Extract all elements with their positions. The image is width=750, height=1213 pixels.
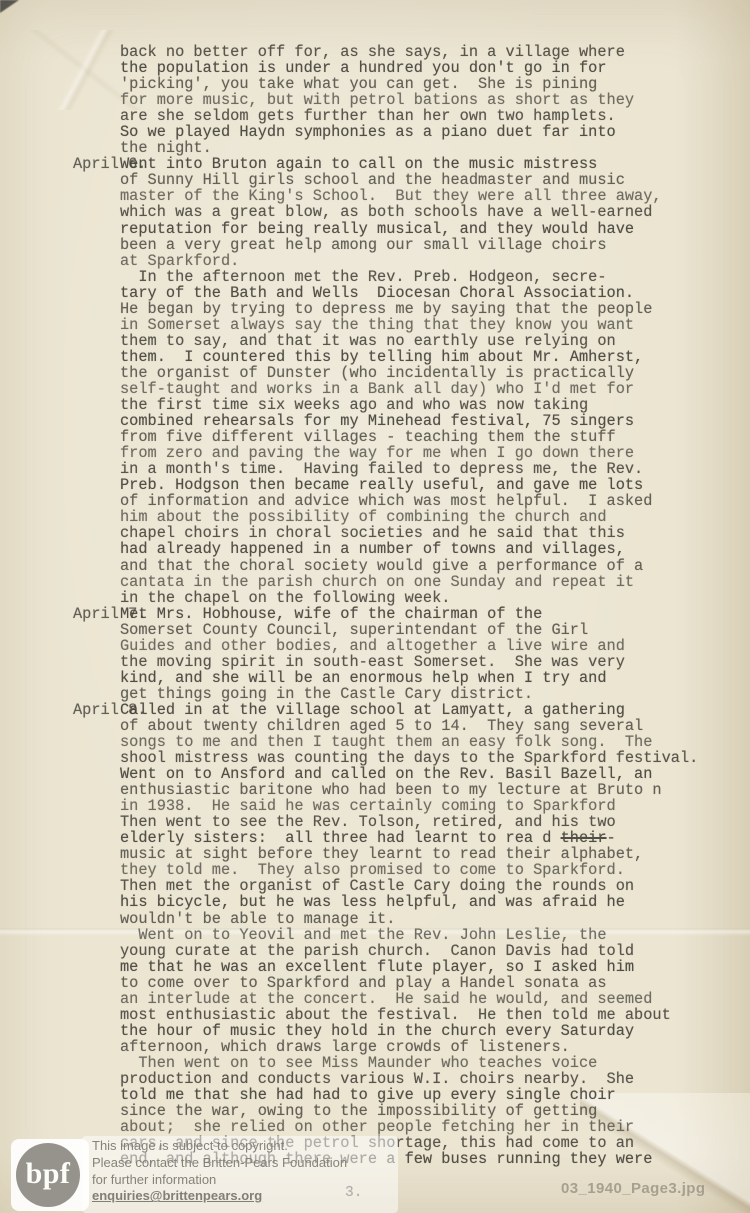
text-line: Went on to Yeovil and met the Rev. John … xyxy=(120,927,741,943)
text-line: reputation for being really musical, and… xyxy=(120,221,741,237)
bpf-logo: bpf xyxy=(11,1139,89,1211)
text-line: from zero and paving the way for me when… xyxy=(120,445,741,461)
text-line: Then went on to see Miss Maunder who tea… xyxy=(120,1055,741,1071)
text-line: Went on to Ansford and called on the Rev… xyxy=(120,766,741,782)
text-line: chapel choirs in choral societies and he… xyxy=(120,525,741,541)
text-line: told me that she had had to give up ever… xyxy=(120,1087,741,1103)
text-line: the moving spirit in south-east Somerset… xyxy=(120,654,741,670)
text-line: me that he was an excellent flute player… xyxy=(120,959,741,975)
text-line: in the chapel on the following week. xyxy=(120,590,741,606)
watermark-email: enquiries@brittenpears.org xyxy=(92,1188,347,1205)
page-corner-shadow xyxy=(0,0,19,13)
text-line: Then met the organist of Castle Cary doi… xyxy=(120,878,741,894)
text-line: him about the possibility of combining t… xyxy=(120,509,741,525)
text-line: cantata in the parish church on one Sund… xyxy=(120,574,741,590)
watermark-text: This image is subject to copyright. Plea… xyxy=(92,1138,347,1205)
bpf-logo-text: bpf xyxy=(26,1159,71,1192)
text-line: Guides and other bodies, and altogether … xyxy=(120,638,741,654)
text-line: self-taught and works in a Bank all day)… xyxy=(120,381,741,397)
text-line: them. I countered this by telling him ab… xyxy=(120,349,741,365)
text-line: Went into Bruton again to call on the mu… xyxy=(120,156,741,172)
text-line: of information and advice which was most… xyxy=(120,493,741,509)
text-line: In the afternoon met the Rev. Preb. Hodg… xyxy=(120,269,741,285)
text-line: at Sparkford. xyxy=(120,253,741,269)
text-line: an interlude at the concert. He said he … xyxy=(120,991,741,1007)
text-line: tary of the Bath and Wells Diocesan Chor… xyxy=(120,285,741,301)
scanned-document-page: back no better off for, as she says, in … xyxy=(0,0,750,1213)
text-line: the night. xyxy=(120,140,741,156)
text-line: in a month's time. Having failed to depr… xyxy=(120,461,741,477)
text-line: He began by trying to depress me by sayi… xyxy=(120,301,741,317)
text-line: get things going in the Castle Cary dist… xyxy=(120,686,741,702)
watermark-line: This image is subject to copyright. xyxy=(92,1138,347,1155)
text-line: Somerset County Council, superintendant … xyxy=(120,622,741,638)
text-line: are she seldom gets further than her own… xyxy=(120,108,741,124)
text-line: young curate at the parish church. Canon… xyxy=(120,943,741,959)
text-line: enthusiastic baritone who had been to my… xyxy=(120,782,741,798)
text-line: for more music, but with petrol bations … xyxy=(120,92,741,108)
text-line: had already happened in a number of town… xyxy=(120,541,741,557)
scan-filename-stamp: 03_1940_Page3.jpg xyxy=(561,1180,705,1197)
text-line: songs to me and then I taught them an ea… xyxy=(120,734,741,750)
text-line: the hour of music they hold in the churc… xyxy=(120,1023,741,1039)
diary-entry-april-7: April 7.Met Mrs. Hobhouse, wife of the c… xyxy=(73,606,741,702)
diary-entry-april-8: April 8.Called in at the village school … xyxy=(73,702,741,1167)
diary-entry-april-6: April 6.Went into Bruton again to call o… xyxy=(73,156,741,605)
text-line: shool mistress was counting the days to … xyxy=(120,750,741,766)
text-line: the first time six weeks ago and who was… xyxy=(120,397,741,413)
text-line: Then went to see the Rev. Tolson, retire… xyxy=(120,814,741,830)
text-line: from five different villages - teaching … xyxy=(120,429,741,445)
text-line: back no better off for, as she says, in … xyxy=(120,44,741,60)
text-line: afternoon, which draws large crowds of l… xyxy=(120,1039,741,1055)
text-line: since the war, owing to the impossibilit… xyxy=(120,1103,741,1119)
typewritten-text: back no better off for, as she says, in … xyxy=(73,44,741,1167)
text-line: So we played Haydn symphonies as a piano… xyxy=(120,124,741,140)
text-line: kind, and she will be an enormous help w… xyxy=(120,670,741,686)
diary-entry-continued: back no better off for, as she says, in … xyxy=(73,44,741,156)
text-line: in Somerset always say the thing that th… xyxy=(120,317,741,333)
text-line: them to say, and that it was no earthly … xyxy=(120,333,741,349)
text-line: Called in at the village school at Lamya… xyxy=(120,702,741,718)
text-line: of Sunny Hill girls school and the headm… xyxy=(120,172,741,188)
copyright-watermark: bpf This image is subject to copyright. … xyxy=(0,1132,420,1213)
text-line: they told me. They also promised to come… xyxy=(120,862,741,878)
bpf-logo-circle-icon: bpf xyxy=(16,1143,80,1207)
text-line: in 1938. He said he was certainly coming… xyxy=(120,798,741,814)
watermark-line: for further information xyxy=(92,1172,347,1189)
text-line: elderly sisters: all three had learnt to… xyxy=(120,830,741,846)
text-line: music at sight before they learnt to rea… xyxy=(120,846,741,862)
text-line: been a very great help among our small v… xyxy=(120,237,741,253)
text-line: master of the King's School. But they we… xyxy=(120,188,741,204)
text-line: the organist of Dunster (who incidentall… xyxy=(120,365,741,381)
text-line: of about twenty children aged 5 to 14. T… xyxy=(120,718,741,734)
text-line: to come over to Sparkford and play a Han… xyxy=(120,975,741,991)
text-line: Preb. Hodgson then became really useful,… xyxy=(120,477,741,493)
text-line: wouldn't be able to manage it. xyxy=(120,911,741,927)
text-line: the population is under a hundred you do… xyxy=(120,60,741,76)
text-line: Met Mrs. Hobhouse, wife of the chairman … xyxy=(120,606,741,622)
text-line: and that the choral society would give a… xyxy=(120,558,741,574)
watermark-line: Please contact the Britten-Pears Foundat… xyxy=(92,1155,347,1172)
text-line: which was a great blow, as both schools … xyxy=(120,204,741,220)
text-line: most enthusiastic about the festival. He… xyxy=(120,1007,741,1023)
text-line: production and conducts various W.I. cho… xyxy=(120,1071,741,1087)
text-line: 'picking', you take what you can get. Sh… xyxy=(120,76,741,92)
text-line: his bicycle, but he was less helpful, an… xyxy=(120,894,741,910)
text-line: combined rehearsals for my Minehead fest… xyxy=(120,413,741,429)
